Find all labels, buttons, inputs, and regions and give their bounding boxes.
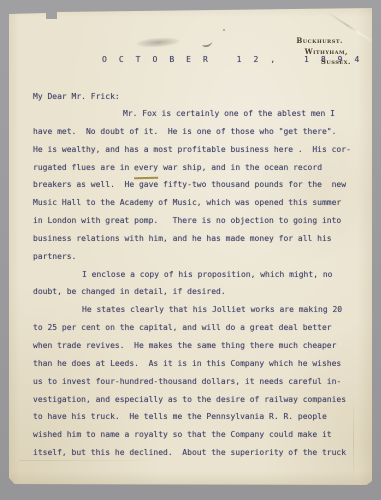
letter-line: vestigation, and especially as to the de… <box>33 391 365 409</box>
letter-line: us to invest four-hundred-thousand dolla… <box>33 373 365 391</box>
letter-body: Mr. Fox is certainly one of the ablest m… <box>33 105 365 462</box>
letter-line: breakers as well. He gave fifty-two thou… <box>33 176 365 194</box>
hand-underlined-word: every <box>134 158 158 178</box>
letter-line: have met. No doubt of it. He is one of t… <box>33 123 365 141</box>
letter-line: to have his truck. He tells me the Penns… <box>33 408 365 426</box>
date-line: O C T O B E R 1 2 , 1 8 9 4 . <box>102 55 380 64</box>
letter-line: wished him to name a royalty so that the… <box>33 426 365 444</box>
letter-line: He is wealthy, and has a most profitable… <box>33 141 365 159</box>
letter-line: business relations with him, and he has … <box>33 230 365 248</box>
letter-line: He states clearly that his Jolliet works… <box>33 301 365 319</box>
letter-line: itself, but this he declined. About the … <box>33 444 365 462</box>
letter-paper: Buckhurst. Withyham, Sussex. O C T O B E… <box>9 8 372 485</box>
letter-line: rugated flues are in every war ship, and… <box>33 159 365 177</box>
letter-line: Mr. Fox is certainly one of the ablest m… <box>33 105 365 123</box>
letterhead-line-1: Buckhurst. <box>192 36 372 47</box>
pencil-smudge <box>137 37 180 49</box>
salutation: My Dear Mr. Frick: <box>33 92 120 101</box>
letter-line: doubt, be changed in detail, if desired. <box>33 283 365 301</box>
letter-line-segment: war ship, and in the ocean record <box>158 163 322 172</box>
letter-line: partners. <box>33 248 365 266</box>
letter-line: than he does at Leeds. As it is in this … <box>33 355 365 373</box>
letter-line: Music Hall to the Academy of Music, whic… <box>33 194 365 212</box>
letter-line: to 25 per cent on the capital, and will … <box>33 319 365 337</box>
ink-speck <box>223 29 225 31</box>
letter-line: I enclose a copy of his proposition, whi… <box>33 266 365 284</box>
letter-line: when trade revives. He makes the same th… <box>33 337 365 355</box>
letter-line: in London with great pomp. There is no o… <box>33 212 365 230</box>
letter-line-segment: rugated flues are in <box>33 163 134 172</box>
